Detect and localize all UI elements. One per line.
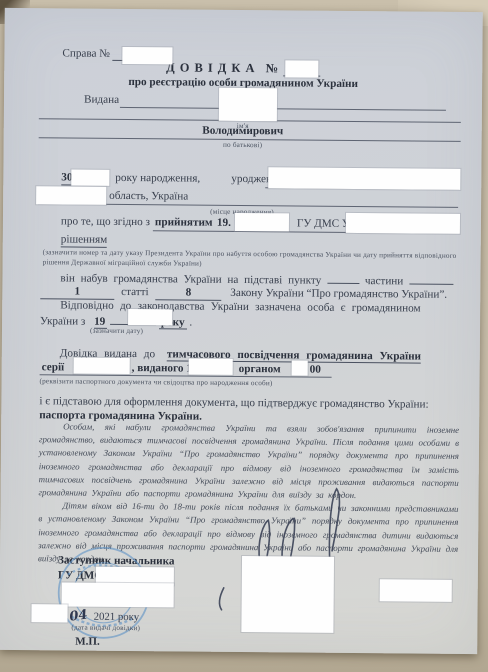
part-number-value: 1 <box>40 284 114 300</box>
redaction-authority <box>346 213 460 234</box>
redaction-right-note <box>380 579 452 602</box>
redaction-region <box>36 186 106 205</box>
part-word: частини <box>365 275 404 287</box>
series-label: серії <box>42 360 65 374</box>
redaction-organ-code <box>292 360 308 375</box>
redaction-case-number <box>122 47 172 64</box>
redaction-decision-date <box>235 213 289 231</box>
seal-place-label: М.П. <box>75 636 100 648</box>
issue-date-line: 04 2021 року <box>69 607 139 626</box>
law-name: Закону України “Про громадянство України… <box>230 287 447 301</box>
issued-label: Видана <box>84 93 119 107</box>
since-prefix: України з <box>40 315 85 327</box>
accepted-word: прийнятим <box>155 215 213 230</box>
series-caption: (реквізити паспортного документа чи свід… <box>40 377 273 389</box>
issued-mid-text: , виданого 19 <box>132 361 198 376</box>
title-word: Д О В І Д К А <box>166 60 255 75</box>
case-label: Справа № <box>62 47 110 59</box>
document-paper: Справа № 68 Д О В І Д К А № 1 про реєстр… <box>0 8 483 654</box>
redaction-date-day <box>31 604 67 622</box>
since-year-value: 19 <box>94 316 107 329</box>
decision-word: рішенням <box>61 232 108 247</box>
accepted-date-value: 19. <box>217 216 231 230</box>
point-blank <box>327 272 359 284</box>
document-content: Справа № 68 Д О В І Д К А № 1 про реєстр… <box>0 8 483 654</box>
article-word: статті <box>121 286 149 298</box>
redaction-signature-area <box>241 556 334 633</box>
scanned-certificate-page: Справа № 68 Д О В І Д К А № 1 про реєстр… <box>0 0 488 672</box>
surname-blank-line <box>120 107 446 111</box>
organ-code-value: 00 <box>310 363 321 377</box>
organ-label: органом <box>239 362 281 376</box>
redaction-signer-name <box>62 582 174 607</box>
redaction-citizen-date <box>128 309 172 325</box>
redaction-title-number <box>285 60 318 77</box>
birthplace-region: область, Україна <box>109 189 188 204</box>
issue-date-caption: (дата видачі довідки) <box>71 624 140 634</box>
redaction-birth-date <box>71 170 109 186</box>
birth-text: року народження, <box>115 171 200 186</box>
redaction-name <box>219 88 277 122</box>
title-number-sign: № <box>266 61 280 75</box>
redaction-birthplace <box>268 167 460 190</box>
decision-caption: (зазначити номер та дату указу Президент… <box>43 248 461 271</box>
issue-date-printed: 2021 року <box>94 611 140 623</box>
part-blank <box>409 272 453 284</box>
since-dot: . <box>189 317 192 329</box>
according-text: про те, що згідно з <box>61 214 150 229</box>
issue-date-handwritten: 04 <box>69 607 89 624</box>
redaction-series <box>74 358 130 374</box>
redaction-issue-date <box>189 359 233 375</box>
